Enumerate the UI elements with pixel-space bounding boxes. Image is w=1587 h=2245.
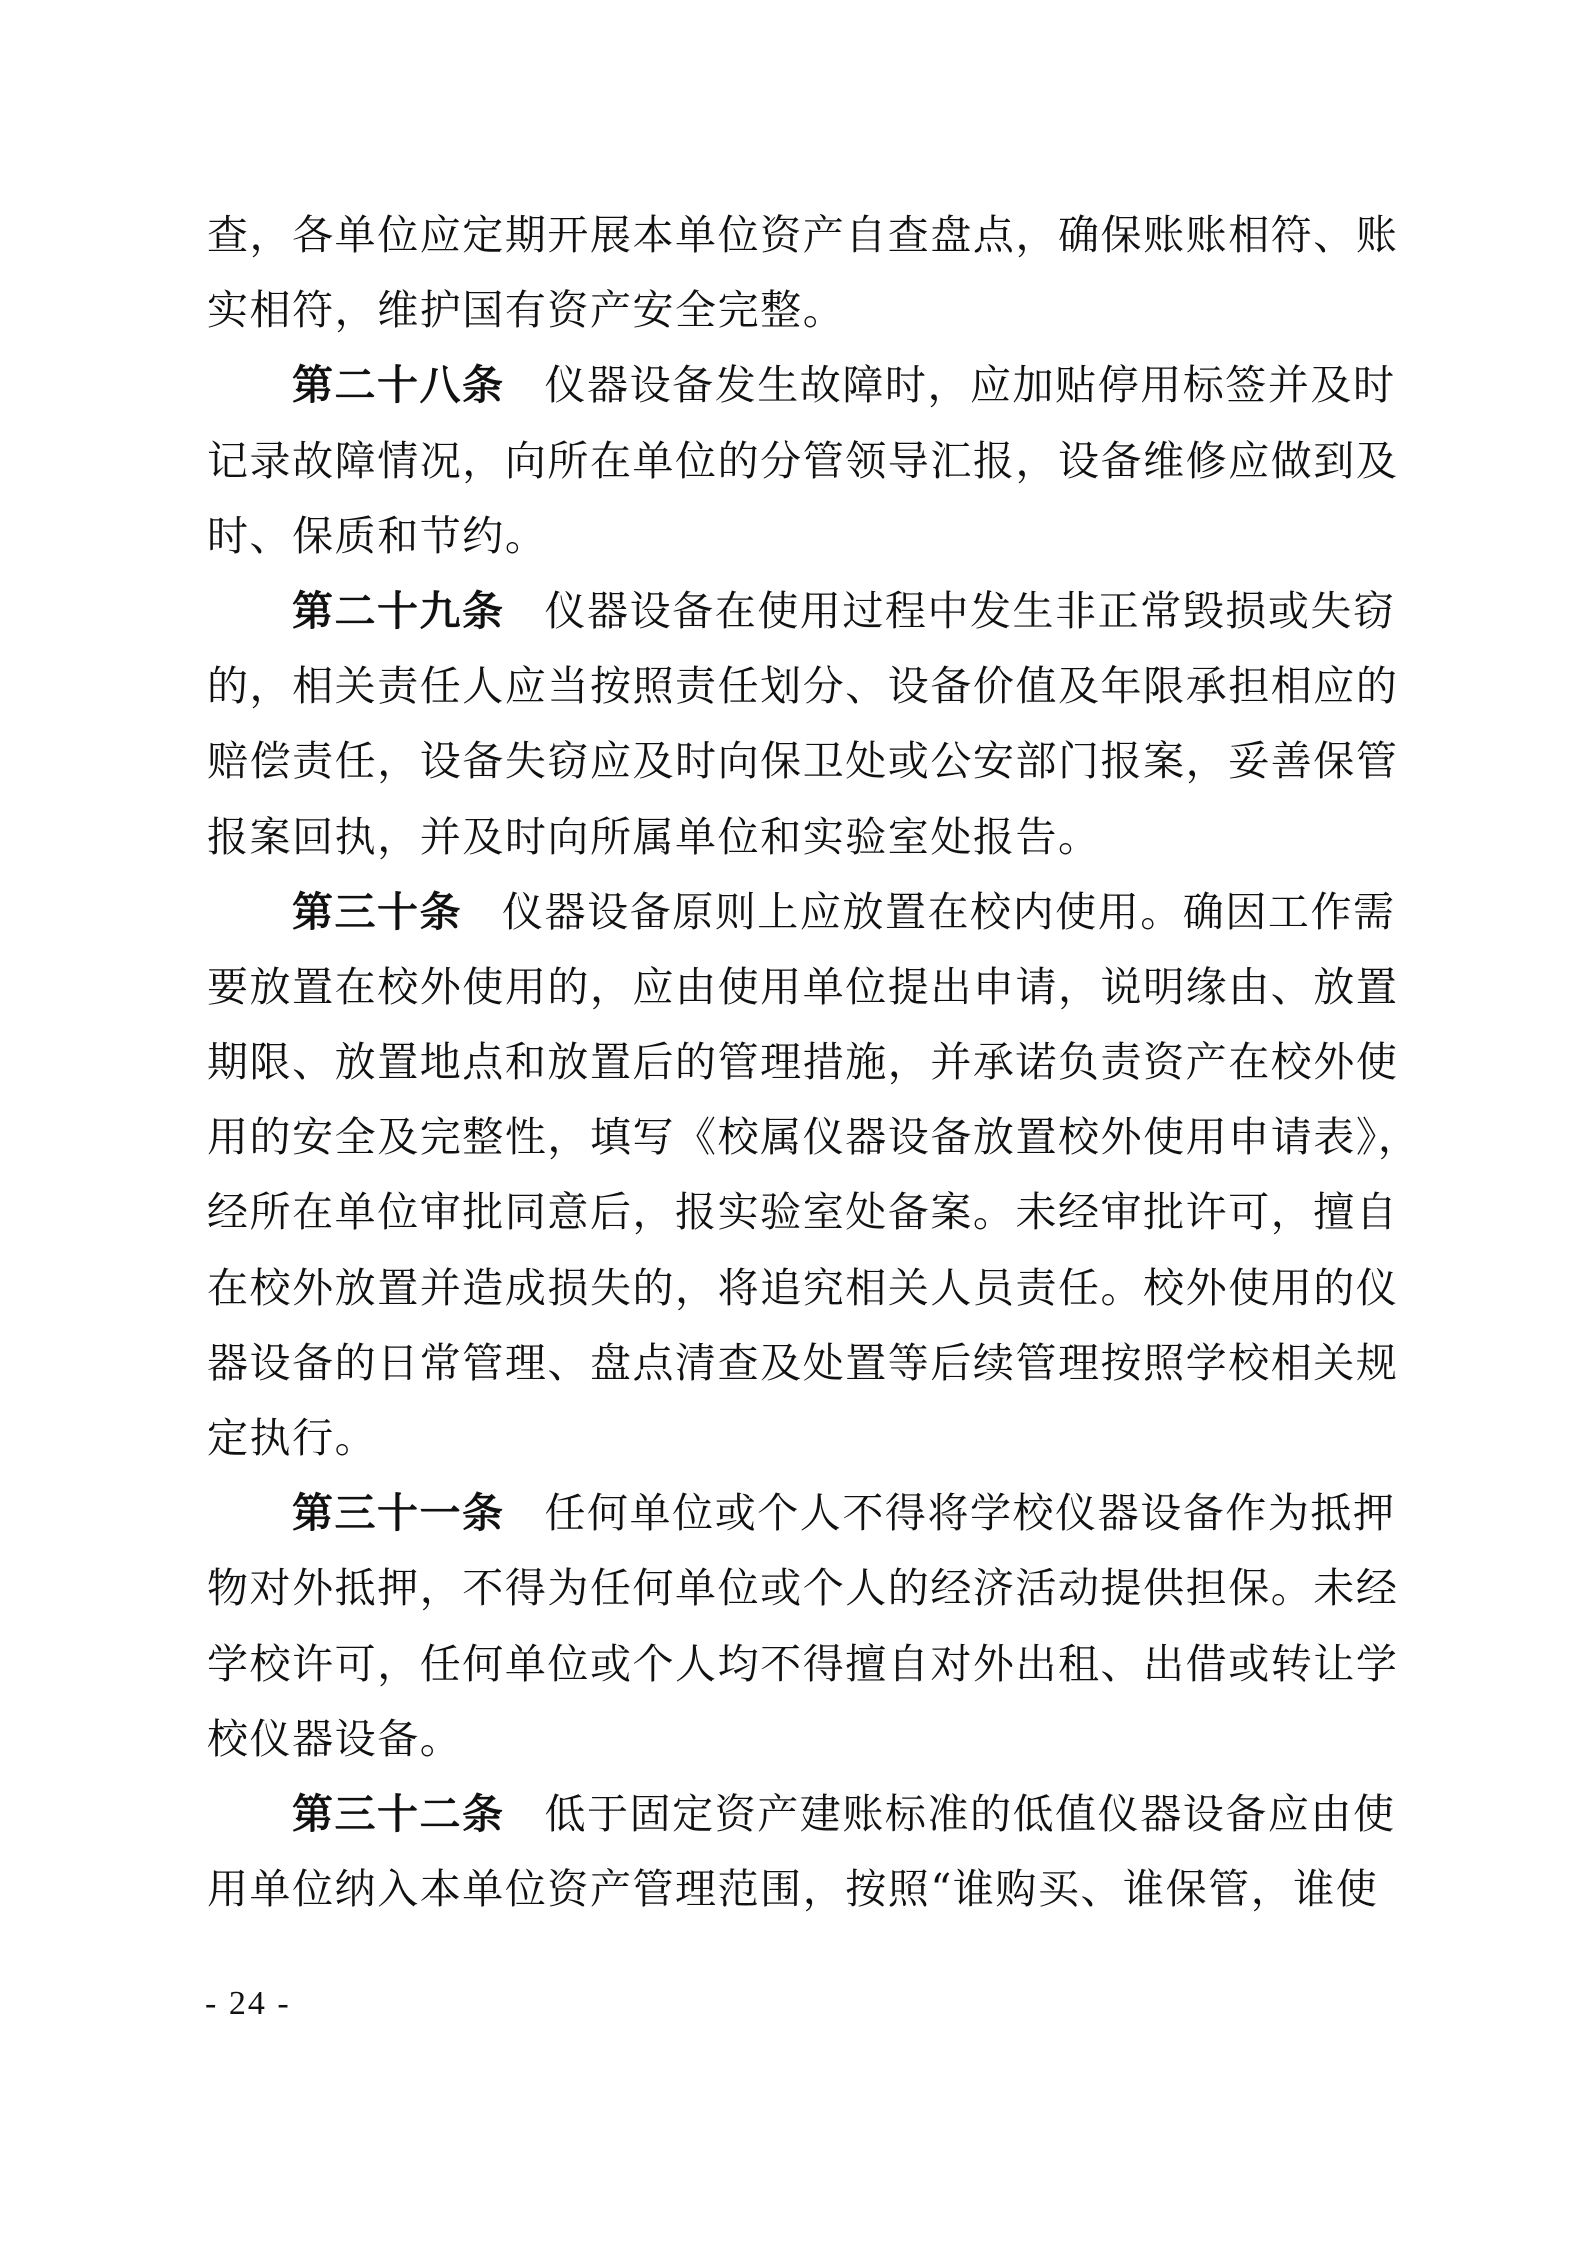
paragraph-line: 物对外抵押，不得为任何单位或个人的经济活动提供担保。未经 [207, 1551, 1403, 1626]
paragraph-line: 定执行。 [207, 1401, 1403, 1476]
paragraph-line: 在校外放置并造成损失的，将追究相关人员责任。校外使用的仪 [207, 1251, 1403, 1326]
article-30-heading-line: 第三十条仪器设备原则上应放置在校内使用。确因工作需 [207, 875, 1403, 950]
article-label: 第二十八条 [292, 361, 505, 409]
article-32-heading-line: 第三十二条低于固定资产建账标准的低值仪器设备应由使 [207, 1777, 1403, 1852]
paragraph-line: 器设备的日常管理、盘点清查及处置等后续管理按照学校相关规 [207, 1326, 1403, 1401]
article-text: 任何单位或个人不得将学校仪器设备作为抵押 [545, 1489, 1396, 1537]
article-text: 仪器设备原则上应放置在校内使用。确因工作需 [502, 888, 1396, 936]
paragraph-line: 时、保质和节约。 [207, 499, 1403, 574]
paragraph-line: 的，相关责任人应当按照责任划分、设备价值及年限承担相应的 [207, 649, 1403, 724]
paragraph-line: 校仪器设备。 [207, 1702, 1403, 1777]
page-number: - 24 - [205, 1985, 291, 2023]
paragraph-line: 学校许可，任何单位或个人均不得擅自对外出租、出借或转让学 [207, 1627, 1403, 1702]
article-29-heading-line: 第二十九条仪器设备在使用过程中发生非正常毁损或失窃 [207, 574, 1403, 649]
paragraph-line: 赔偿责任，设备失窃应及时向保卫处或公安部门报案，妥善保管 [207, 724, 1403, 799]
article-31-heading-line: 第三十一条任何单位或个人不得将学校仪器设备作为抵押 [207, 1476, 1403, 1551]
article-label: 第二十九条 [292, 587, 505, 635]
paragraph-line: 用的安全及完整性，填写《校属仪器设备放置校外使用申请表》， [207, 1100, 1403, 1175]
paragraph-line: 报案回执，并及时向所属单位和实验室处报告。 [207, 800, 1403, 875]
article-label: 第三十条 [292, 888, 462, 936]
article-label: 第三十一条 [292, 1489, 505, 1537]
article-label: 第三十二条 [292, 1790, 505, 1838]
paragraph-line: 要放置在校外使用的，应由使用单位提出申请，说明缘由、放置 [207, 950, 1403, 1025]
paragraph-line: 查，各单位应定期开展本单位资产自查盘点，确保账账相符、账 [207, 198, 1403, 273]
paragraph-line: 经所在单位审批同意后，报实验室处备案。未经审批许可，擅自 [207, 1175, 1403, 1250]
paragraph-line: 实相符，维护国有资产安全完整。 [207, 273, 1403, 348]
document-body: 查，各单位应定期开展本单位资产自查盘点，确保账账相符、账 实相符，维护国有资产安… [207, 198, 1403, 1927]
article-text: 仪器设备发生故障时，应加贴停用标签并及时 [545, 361, 1396, 409]
paragraph-line: 用单位纳入本单位资产管理范围，按照“谁购买、谁保管，谁使 [207, 1852, 1403, 1927]
article-text: 低于固定资产建账标准的低值仪器设备应由使 [545, 1790, 1396, 1838]
article-text: 仪器设备在使用过程中发生非正常毁损或失窃 [545, 587, 1396, 635]
document-page: 查，各单位应定期开展本单位资产自查盘点，确保账账相符、账 实相符，维护国有资产安… [0, 0, 1587, 2245]
paragraph-line: 记录故障情况，向所在单位的分管领导汇报，设备维修应做到及 [207, 424, 1403, 499]
article-28-heading-line: 第二十八条仪器设备发生故障时，应加贴停用标签并及时 [207, 348, 1403, 423]
paragraph-line: 期限、放置地点和放置后的管理措施，并承诺负责资产在校外使 [207, 1025, 1403, 1100]
